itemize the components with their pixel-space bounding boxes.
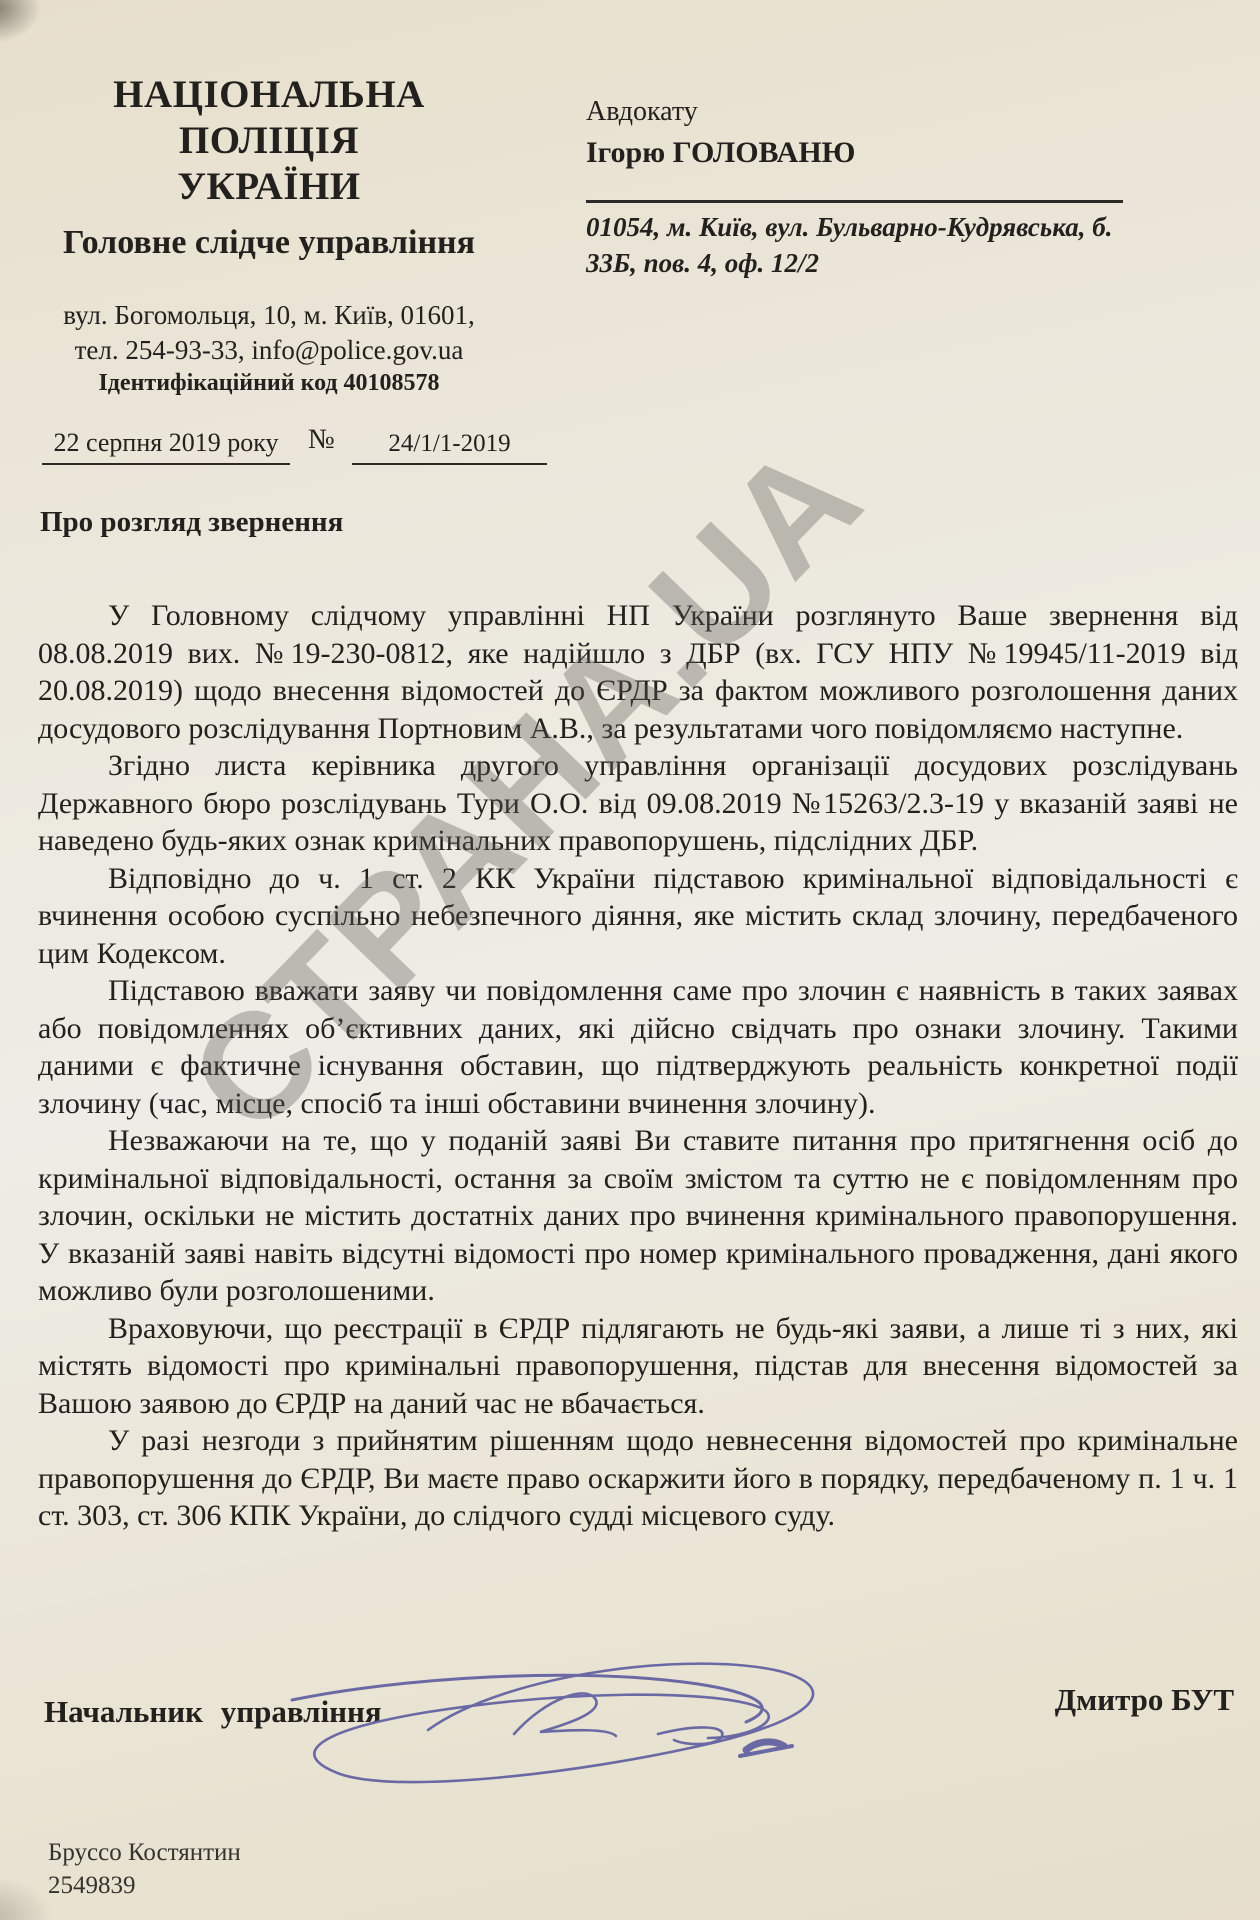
letter-date: 22 серпня 2019 року	[42, 428, 290, 465]
recipient-address-line2: 33Б, пов. 4, оф. 12/2	[586, 245, 1131, 281]
paragraph: Відповідно до ч. 1 ст. 2 КК України підс…	[38, 860, 1238, 973]
paragraph: У Головному слідчому управлінні НП Украї…	[38, 597, 1238, 747]
subject-line: Про розгляд звернення	[40, 506, 343, 539]
recipient-name: Ігорю ГОЛОВАНЮ	[586, 136, 1131, 170]
paragraph: Згідно листа керівника другого управлінн…	[38, 747, 1238, 860]
executor-name: Бруссо Костянтин	[48, 1836, 241, 1869]
recipient-divider-line	[586, 200, 1123, 203]
org-address-line2: тел. 254-93-33, info@police.gov.ua	[28, 333, 510, 368]
org-address: вул. Богомольця, 10, м. Київ, 01601, тел…	[28, 298, 510, 368]
recipient-block: Авдокату Ігорю ГОЛОВАНЮ 01054, м. Київ, …	[586, 96, 1131, 281]
paragraph: Враховуючи, що реєстрації в ЄРДР підляга…	[38, 1310, 1238, 1423]
org-name-line2: УКРАЇНИ	[28, 164, 510, 210]
org-address-line1: вул. Богомольця, 10, м. Київ, 01601,	[28, 298, 510, 333]
executor-block: Бруссо Костянтин 2549839	[48, 1836, 241, 1902]
org-name: НАЦІОНАЛЬНА ПОЛІЦІЯ УКРАЇНИ	[28, 72, 510, 210]
org-department: Головне слідче управління	[28, 224, 510, 262]
handwritten-signature-scribble	[278, 1634, 838, 1819]
paragraph: Незважаючи на те, що у поданій заяві Ви …	[38, 1122, 1238, 1310]
body-paragraphs: У Головному слідчому управлінні НП Украї…	[38, 597, 1238, 1535]
signer-name: Дмитро БУТ	[1055, 1682, 1234, 1718]
recipient-salutation: Авдокату	[586, 96, 1131, 128]
paragraph: Підставою вважати заяву чи повідомлення …	[38, 972, 1238, 1122]
org-name-line1: НАЦІОНАЛЬНА ПОЛІЦІЯ	[28, 72, 510, 164]
letterhead-org-block: НАЦІОНАЛЬНА ПОЛІЦІЯ УКРАЇНИ Головне слід…	[28, 72, 510, 397]
recipient-address-line1: 01054, м. Київ, вул. Бульварно-Кудрявськ…	[586, 209, 1131, 245]
executor-phone: 2549839	[48, 1869, 241, 1902]
paragraph: У разі незгоди з прийнятим рішенням щодо…	[38, 1422, 1238, 1535]
number-sign: №	[308, 424, 335, 456]
recipient-address: 01054, м. Київ, вул. Бульварно-Кудрявськ…	[586, 209, 1131, 281]
org-id-code: Ідентифікаційний код 40108578	[28, 370, 510, 397]
letter-number: 24/1/1-2019	[352, 430, 547, 465]
scanned-letter-page: НАЦІОНАЛЬНА ПОЛІЦІЯ УКРАЇНИ Головне слід…	[0, 0, 1260, 1920]
